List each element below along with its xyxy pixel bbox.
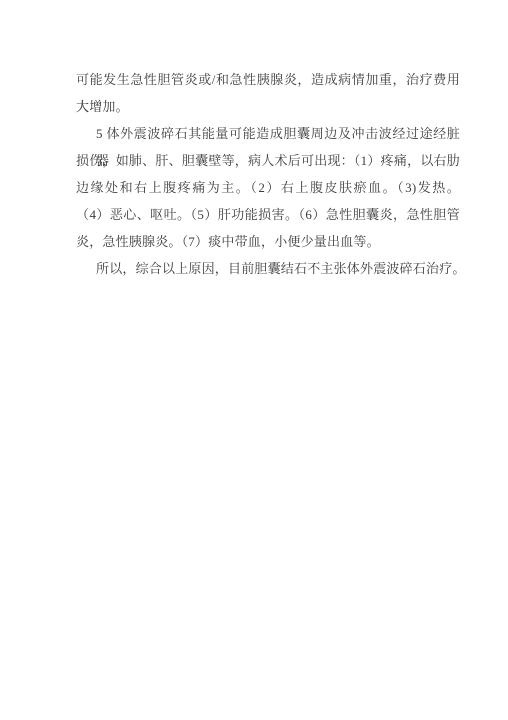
document-page: 可能发生急性胆管炎或/和急性胰腺炎，造成病情加重，治疗费用大大增加。5 体外震波… — [0, 0, 508, 720]
text-line: 损伤，如肺、肝、胆囊壁等，病人术后可出现：（1）疼痛，以右肋 — [76, 147, 460, 174]
text-line: 所以，综合以上原因，目前胆囊结石不主张体外震波碎石治疗。 — [76, 255, 460, 282]
text-line: 可能发生急性胆管炎或/和急性胰腺炎，造成病情加重，治疗费用大 — [76, 66, 460, 93]
paragraph: 可能发生急性胆管炎或/和急性胰腺炎，造成病情加重，治疗费用大大增加。 — [76, 66, 460, 120]
text-line: 5 体外震波碎石其能量可能造成胆囊周边及冲击波经过途经脏器 — [76, 120, 460, 147]
text-line: 炎，急性胰腺炎。（7）痰中带血，小便少量出血等。 — [76, 228, 460, 255]
text-line: 边缘处和右上腹疼痛为主。（2）右上腹皮肤瘀血。（3)发热。 — [76, 174, 460, 201]
paragraph: 所以，综合以上原因，目前胆囊结石不主张体外震波碎石治疗。 — [76, 255, 460, 282]
document-text-block: 可能发生急性胆管炎或/和急性胰腺炎，造成病情加重，治疗费用大大增加。5 体外震波… — [76, 66, 460, 282]
text-line: 大增加。 — [76, 93, 460, 120]
text-line: （4）恶心、呕吐。（5）肝功能损害。（6）急性胆囊炎，急性胆管 — [76, 201, 460, 228]
paragraph: 5 体外震波碎石其能量可能造成胆囊周边及冲击波经过途经脏器损伤，如肺、肝、胆囊壁… — [76, 120, 460, 255]
